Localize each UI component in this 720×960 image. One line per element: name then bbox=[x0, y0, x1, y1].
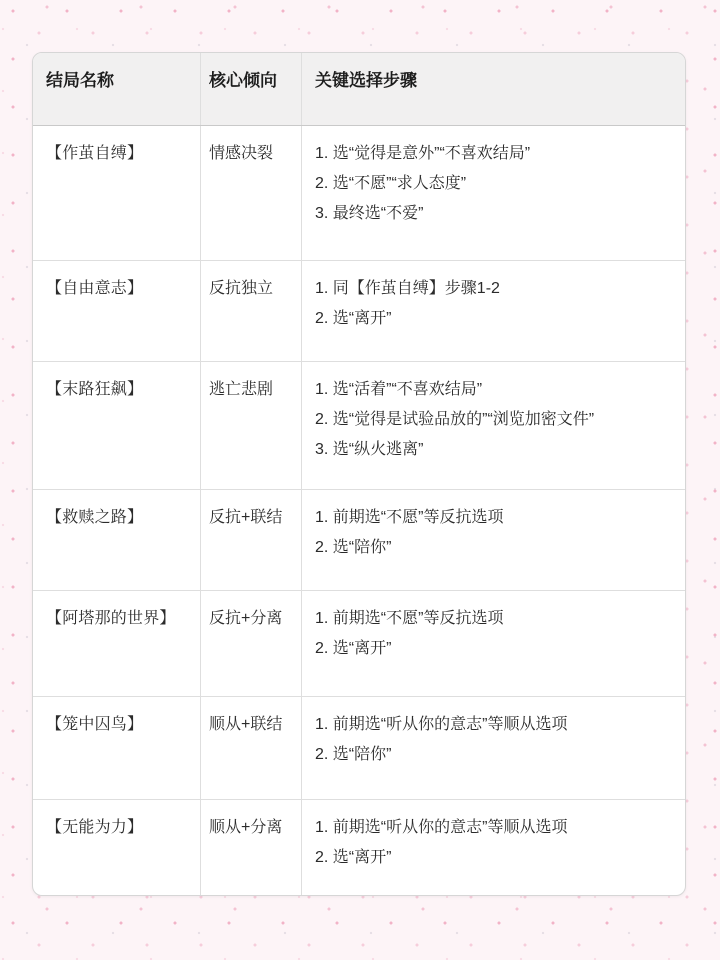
table-row: 【无能为力】 顺从+分离 1. 前期选“听从你的意志”等顺从选项 2. 选“离开… bbox=[33, 799, 685, 896]
table-row: 【救赎之路】 反抗+联结 1. 前期选“不愿”等反抗选项 2. 选“陪你” bbox=[33, 489, 685, 590]
step-line: 1. 前期选“听从你的意志”等顺从选项 bbox=[315, 813, 677, 843]
ending-name: 【末路狂飙】 bbox=[33, 362, 201, 489]
step-line: 2. 选“不愿”“求人态度” bbox=[315, 169, 677, 199]
ending-name: 【笼中囚鸟】 bbox=[33, 697, 201, 799]
ending-name: 【无能为力】 bbox=[33, 800, 201, 896]
step-line: 3. 选“纵火逃离” bbox=[315, 435, 677, 465]
step-line: 1. 前期选“不愿”等反抗选项 bbox=[315, 503, 677, 533]
ending-name: 【救赎之路】 bbox=[33, 490, 201, 590]
ending-name: 【作茧自缚】 bbox=[33, 126, 201, 260]
column-header-core-tendency: 核心倾向 bbox=[201, 53, 302, 125]
step-line: 2. 选“离开” bbox=[315, 304, 677, 334]
endings-table: 结局名称 核心倾向 关键选择步骤 【作茧自缚】 情感决裂 1. 选“觉得是意外”… bbox=[32, 52, 686, 896]
step-line: 2. 选“离开” bbox=[315, 843, 677, 873]
table-row: 【笼中囚鸟】 顺从+联结 1. 前期选“听从你的意志”等顺从选项 2. 选“陪你… bbox=[33, 696, 685, 799]
step-line: 3. 最终选“不爱” bbox=[315, 199, 677, 229]
key-steps: 1. 前期选“不愿”等反抗选项 2. 选“离开” bbox=[302, 591, 685, 696]
core-tendency: 逃亡悲剧 bbox=[201, 362, 302, 489]
step-line: 2. 选“陪你” bbox=[315, 533, 677, 563]
table-row: 【末路狂飙】 逃亡悲剧 1. 选“活着”“不喜欢结局” 2. 选“觉得是试验品放… bbox=[33, 361, 685, 489]
table-row: 【作茧自缚】 情感决裂 1. 选“觉得是意外”“不喜欢结局” 2. 选“不愿”“… bbox=[33, 126, 685, 260]
core-tendency: 反抗+联结 bbox=[201, 490, 302, 590]
ending-name: 【阿塔那的世界】 bbox=[33, 591, 201, 696]
table-row: 【阿塔那的世界】 反抗+分离 1. 前期选“不愿”等反抗选项 2. 选“离开” bbox=[33, 590, 685, 696]
step-line: 2. 选“陪你” bbox=[315, 740, 677, 770]
core-tendency: 情感决裂 bbox=[201, 126, 302, 260]
step-line: 1. 选“活着”“不喜欢结局” bbox=[315, 375, 677, 405]
key-steps: 1. 前期选“不愿”等反抗选项 2. 选“陪你” bbox=[302, 490, 685, 590]
column-header-ending-name: 结局名称 bbox=[33, 53, 201, 125]
table-header-row: 结局名称 核心倾向 关键选择步骤 bbox=[33, 53, 685, 126]
key-steps: 1. 选“活着”“不喜欢结局” 2. 选“觉得是试验品放的”“浏览加密文件” 3… bbox=[302, 362, 685, 489]
key-steps: 1. 选“觉得是意外”“不喜欢结局” 2. 选“不愿”“求人态度” 3. 最终选… bbox=[302, 126, 685, 260]
key-steps: 1. 同【作茧自缚】步骤1-2 2. 选“离开” bbox=[302, 261, 685, 361]
core-tendency: 反抗+分离 bbox=[201, 591, 302, 696]
table-row: 【自由意志】 反抗独立 1. 同【作茧自缚】步骤1-2 2. 选“离开” bbox=[33, 260, 685, 361]
key-steps: 1. 前期选“听从你的意志”等顺从选项 2. 选“离开” bbox=[302, 800, 685, 896]
key-steps: 1. 前期选“听从你的意志”等顺从选项 2. 选“陪你” bbox=[302, 697, 685, 799]
step-line: 2. 选“觉得是试验品放的”“浏览加密文件” bbox=[315, 405, 677, 435]
step-line: 1. 前期选“不愿”等反抗选项 bbox=[315, 604, 677, 634]
core-tendency: 反抗独立 bbox=[201, 261, 302, 361]
core-tendency: 顺从+分离 bbox=[201, 800, 302, 896]
core-tendency: 顺从+联结 bbox=[201, 697, 302, 799]
ending-name: 【自由意志】 bbox=[33, 261, 201, 361]
column-header-key-steps: 关键选择步骤 bbox=[302, 53, 685, 125]
step-line: 1. 同【作茧自缚】步骤1-2 bbox=[315, 274, 677, 304]
step-line: 1. 选“觉得是意外”“不喜欢结局” bbox=[315, 139, 677, 169]
step-line: 1. 前期选“听从你的意志”等顺从选项 bbox=[315, 710, 677, 740]
step-line: 2. 选“离开” bbox=[315, 634, 677, 664]
